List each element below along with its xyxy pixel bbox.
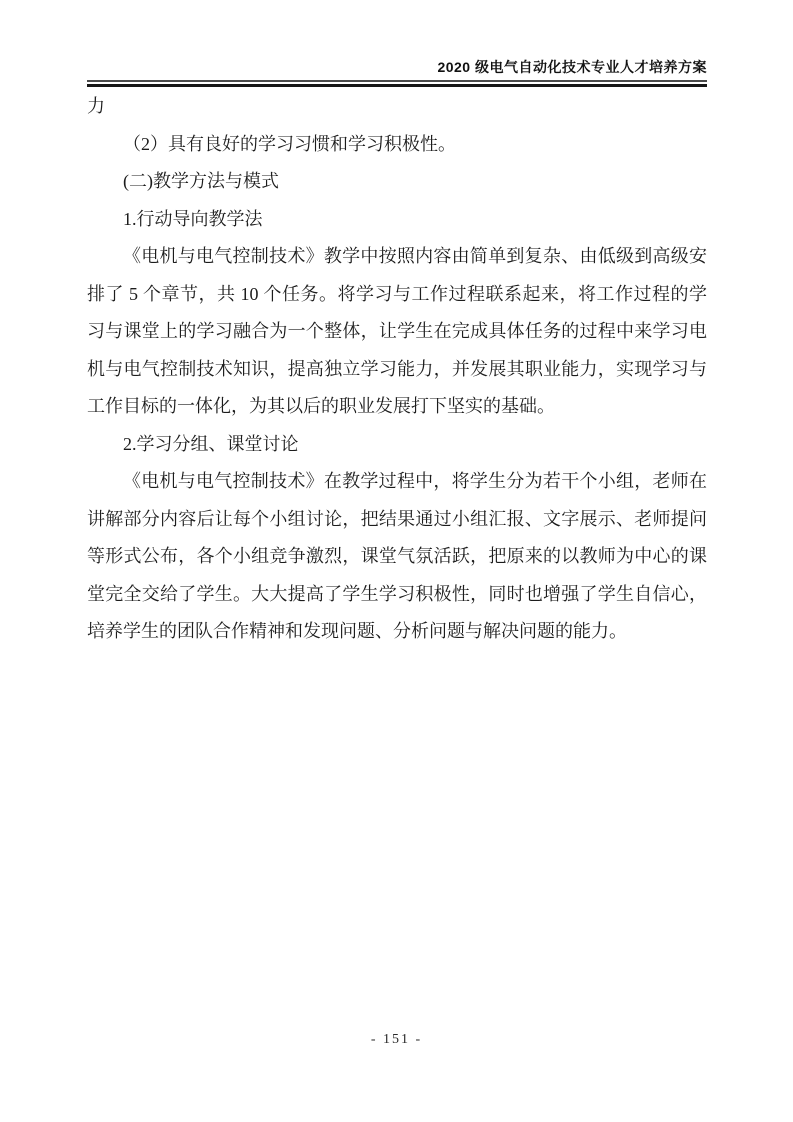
page-number: - 151 - [371,1032,422,1047]
page-footer: - 151 - [0,1030,793,1048]
paragraph-continuation: 力 [87,88,707,126]
paragraph-group-discussion-body: 《电机与电气控制技术》在教学过程中，将学生分为若干个小组，老师在讲解部分内容后让… [87,463,707,651]
document-page: 2020 级电气自动化技术专业人才培养方案 力 （2）具有良好的学习习惯和学习积… [0,0,793,1122]
subsection-heading-action-oriented: 1.行动导向教学法 [87,201,707,239]
paragraph-list-item-2: （2）具有良好的学习习惯和学习积极性。 [87,126,707,164]
page-header: 2020 级电气自动化技术专业人才培养方案 [87,58,707,87]
header-title: 2020 级电气自动化技术专业人才培养方案 [87,58,707,76]
subsection-heading-group-discussion: 2.学习分组、课堂讨论 [87,426,707,464]
header-rule [87,80,707,87]
section-heading-teaching-methods: (二)教学方法与模式 [87,163,707,201]
document-body: 力 （2）具有良好的学习习惯和学习积极性。 (二)教学方法与模式 1.行动导向教… [87,88,707,651]
paragraph-action-oriented-body: 《电机与电气控制技术》教学中按照内容由简单到复杂、由低级到高级安排了 5 个章节… [87,238,707,426]
